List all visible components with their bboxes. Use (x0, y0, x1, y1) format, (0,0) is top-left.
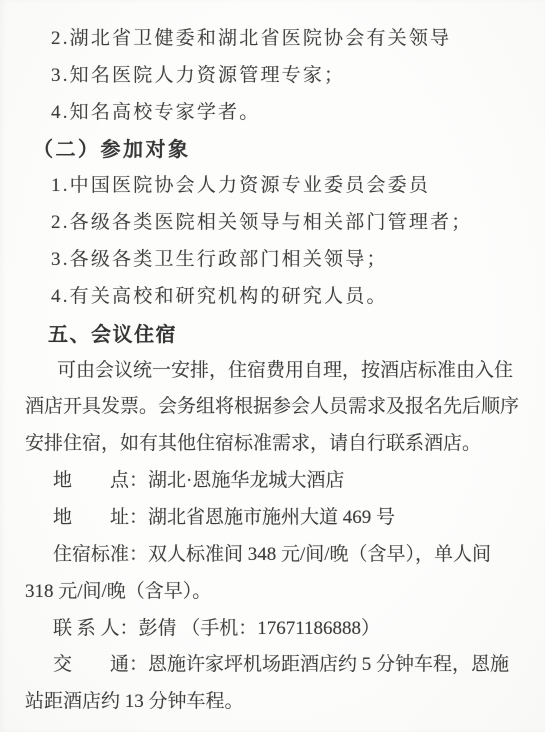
list-item-health-admin-leaders: 3.各级各类卫生行政部门相关领导； (51, 242, 520, 279)
list-item-committee-members: 1.中国医院协会人力资源专业委员会委员 (51, 168, 520, 205)
sub-heading-participants: （二）参加对象 (33, 132, 520, 169)
field-transport-line-1: 交 通：恩施许家坪机场距酒店约 5 分钟车程，恩施 (53, 647, 520, 684)
list-item-provincial-leaders: 2.湖北省卫健委和湖北省医院协会有关领导 (51, 21, 520, 58)
section-heading-accommodation: 五、会议住宿 (48, 316, 520, 353)
field-venue: 地 点：湖北·恩施华龙城大酒店 (53, 463, 520, 500)
document-page: 2.湖北省卫健委和湖北省医院协会有关领导 3.知名医院人力资源管理专家； 4.知… (0, 0, 545, 732)
field-contact-person: 联 系 人：彭倩 （手机：17671186888） (53, 611, 520, 648)
list-item-hospital-managers: 2.各级各类医院相关领导与相关部门管理者； (51, 205, 520, 242)
list-item-university-scholars: 4.知名高校专家学者。 (51, 95, 520, 132)
field-room-standard-line-2: 318 元/间/晚（含早）。 (25, 574, 520, 611)
accommodation-paragraph-line-2: 酒店开具发票。会务组将根据参会人员需求及报名先后顺序 (25, 389, 520, 426)
field-address: 地 址：湖北省恩施市施州大道 469 号 (53, 500, 520, 537)
field-transport-line-2: 站距酒店约 13 分钟车程。 (25, 684, 520, 721)
accommodation-paragraph-line-1: 可由会议统一安排，住宿费用自理，按酒店标准由入住 (57, 353, 520, 390)
field-room-standard-line-1: 住宿标准：双人标准间 348 元/间/晚（含早），单人间 (53, 537, 520, 574)
list-item-researchers: 4.有关高校和研究机构的研究人员。 (51, 279, 520, 316)
list-item-hr-experts: 3.知名医院人力资源管理专家； (51, 58, 520, 95)
document-body: 2.湖北省卫健委和湖北省医院协会有关领导 3.知名医院人力资源管理专家； 4.知… (0, 0, 520, 721)
accommodation-paragraph-line-3: 安排住宿，如有其他住宿标准需求，请自行联系酒店。 (25, 426, 520, 463)
